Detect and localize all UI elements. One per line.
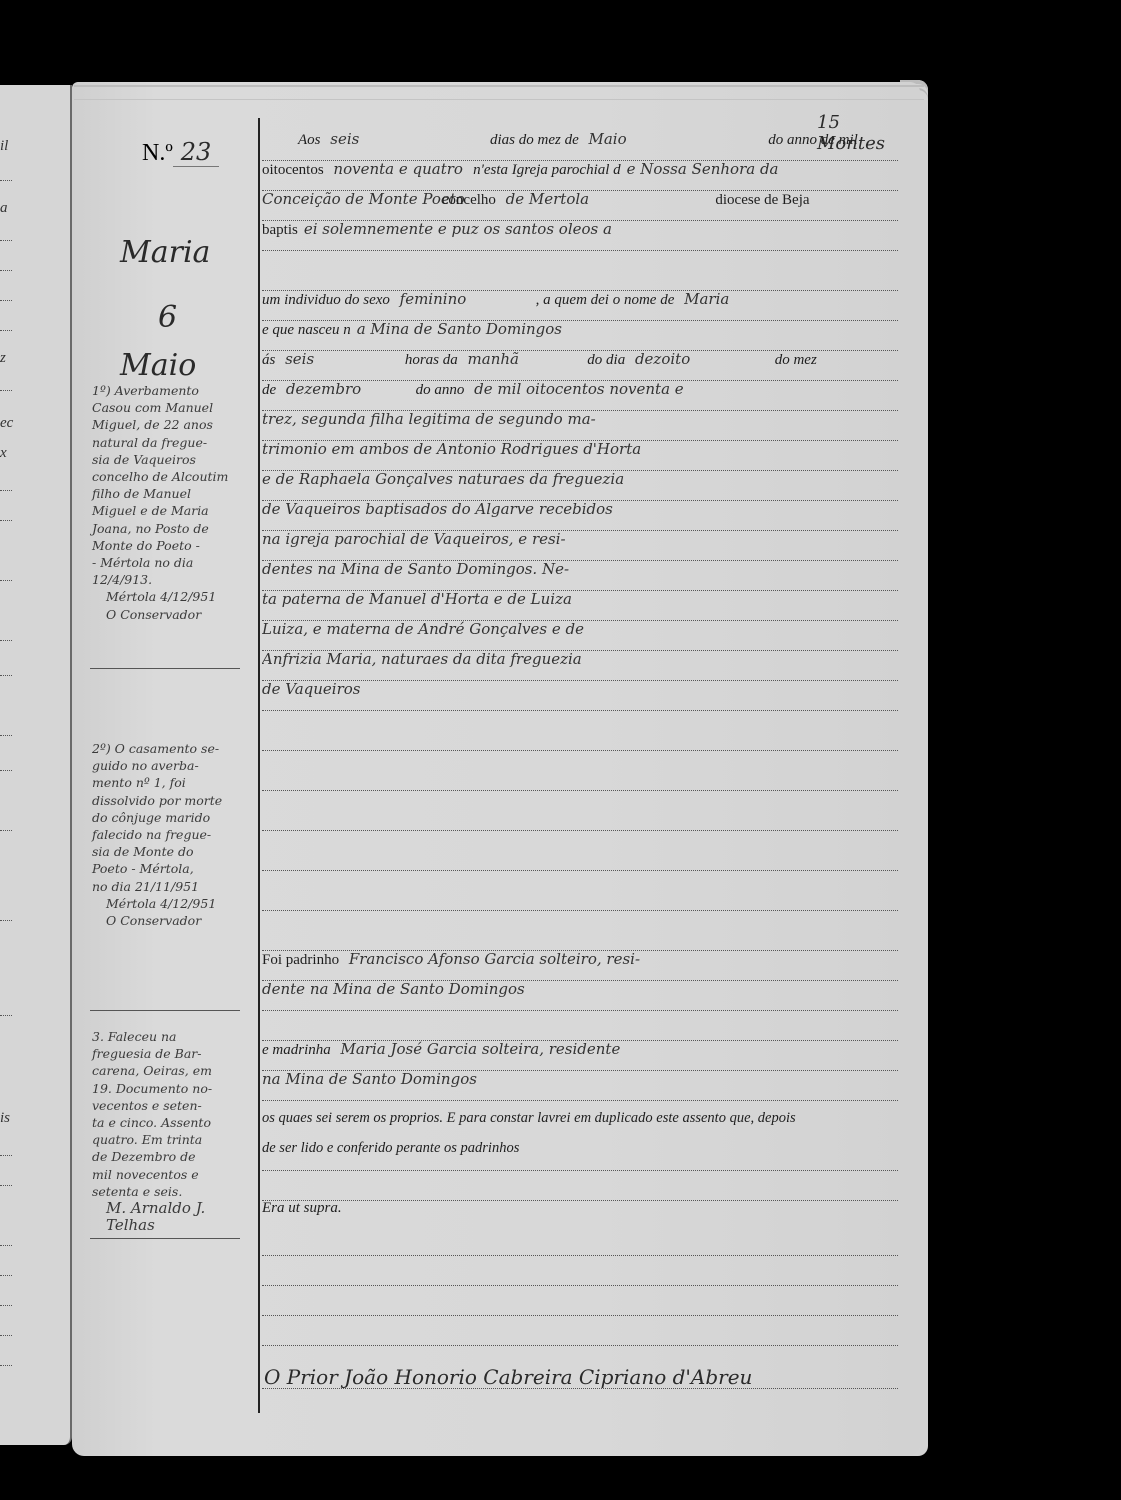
printed-text: concelho <box>442 192 496 208</box>
left-page-rule <box>0 1245 12 1246</box>
printed-text: ás <box>262 352 275 368</box>
left-page-rule <box>0 390 12 391</box>
record-body-line: e de Raphaela Gonçalves naturaes da freg… <box>262 470 898 501</box>
record-body-line: ta paterna de Manuel d'Horta e de Luiza <box>262 590 898 621</box>
annotation-line: quatro. Em trinta <box>92 1131 254 1148</box>
annotation-line: natural da fregue- <box>92 434 254 451</box>
printed-text: horas da <box>405 352 458 368</box>
annotation-line: dissolvido por morte <box>92 792 254 809</box>
margin-month: Maio <box>120 348 196 383</box>
handwritten-godmother-residence: na Mina de Santo Domingos <box>262 1070 483 1088</box>
handwritten-text: de Vaqueiros <box>262 680 366 698</box>
record-blank-line <box>262 720 898 751</box>
handwritten-period: manhã <box>462 350 584 368</box>
annotation-line: freguesia de Bar- <box>92 1045 254 1062</box>
annotation-line: 2º) O casamento se- <box>92 740 254 757</box>
handwritten-birth-year: de mil oitocentos noventa e <box>468 380 690 398</box>
handwritten-municipality: de Mertola <box>500 190 712 208</box>
annotation-line: Miguel e de Maria <box>92 502 254 519</box>
left-page-rule <box>0 1305 12 1306</box>
record-blank-line <box>262 1170 898 1201</box>
handwritten-godfather-residence: dente na Mina de Santo Domingos <box>262 980 531 998</box>
annotation-line: vecentos e seten- <box>92 1097 254 1114</box>
left-page-rule <box>0 240 12 241</box>
left-page-rule <box>0 735 12 736</box>
handwritten-godfather: Francisco Afonso Garcia solteiro, resi- <box>343 950 646 968</box>
record-blank-line <box>262 1010 898 1041</box>
annotation-signature: O Conservador <box>92 606 254 623</box>
handwritten-birth-month: dezembro <box>280 380 412 398</box>
left-page-rule <box>0 580 12 581</box>
margin-day: 6 <box>158 300 177 335</box>
left-page-rule <box>0 830 12 831</box>
handwritten-birth-day: dezoito <box>629 350 771 368</box>
handwritten-birthplace: a Mina de Santo Domingos <box>351 320 568 338</box>
printed-text: um individuo do sexo <box>262 292 390 308</box>
handwritten-parish: Conceição de Monte Poeto <box>262 190 438 208</box>
record-closing-2: de ser lido e conferido perante os padri… <box>262 1140 898 1171</box>
record-blank-line <box>262 840 898 871</box>
left-facing-page: il a z ec x is <box>0 85 72 1445</box>
left-page-fragment: il <box>0 138 8 155</box>
annotation-line: guido no averba- <box>92 757 254 774</box>
handwritten-text: trimonio em ambos de Antonio Rodrigues d… <box>262 440 647 458</box>
handwritten-church: e Nossa Senhora da <box>621 160 785 178</box>
handwritten-text: ei solemnemente e puz os santos oleos a <box>298 220 618 238</box>
record-line-birth-month-year: de dezembro do anno de mil oitocentos no… <box>262 380 898 411</box>
handwritten-hour: seis <box>279 350 401 368</box>
annotation-line: sia de Monte do <box>92 843 254 860</box>
annotation-signature: O Conservador <box>92 912 254 929</box>
annotation-divider <box>90 1238 240 1239</box>
handwritten-sex: feminino <box>394 290 536 308</box>
left-page-rule <box>0 270 12 271</box>
printed-text: dias do mez de <box>490 132 579 148</box>
record-body-line: de Vaqueiros <box>262 680 898 711</box>
record-era: Era ut supra. <box>262 1200 898 1230</box>
printed-text: oitocentos <box>262 162 324 178</box>
record-line-godmother-cont: na Mina de Santo Domingos <box>262 1070 898 1101</box>
record-line-parish: Conceição de Monte Poeto concelho de Mer… <box>262 190 898 221</box>
record-line-godfather-cont: dente na Mina de Santo Domingos <box>262 980 898 1011</box>
left-page-fragment: a <box>0 200 8 217</box>
left-page-rule <box>0 1185 12 1186</box>
handwritten-text: dentes na Mina de Santo Domingos. Ne- <box>262 560 575 578</box>
printed-text: baptis <box>262 222 298 238</box>
record-line-baptism: baptisei solemnemente e puz os santos ol… <box>262 220 898 251</box>
left-page-rule <box>0 1275 12 1276</box>
record-blank-line <box>262 880 898 911</box>
annotation-1-marriage: 1º) Averbamento Casou com Manuel Miguel,… <box>92 382 254 623</box>
record-closing-1: os quaes sei serem os proprios. E para c… <box>262 1110 898 1140</box>
record-body-line: trez, segunda filha legitima de segundo … <box>262 410 898 441</box>
signature-line <box>262 1345 898 1346</box>
left-page-rule <box>0 920 12 921</box>
left-page-rule <box>0 520 12 521</box>
handwritten-day: seis <box>324 130 486 148</box>
annotation-signature: M. Arnaldo J. Telhas <box>92 1200 254 1234</box>
annotation-line: Joana, no Posto de <box>92 520 254 537</box>
annotation-line: 19. Documento no- <box>92 1080 254 1097</box>
printed-text: do mez <box>775 352 817 368</box>
record-body-line: trimonio em ambos de Antonio Rodrigues d… <box>262 440 898 471</box>
annotation-line: Monte do Poeto - <box>92 537 254 554</box>
annotation-line: no dia 21/11/951 <box>92 878 254 895</box>
printed-text: e madrinha <box>262 1042 331 1058</box>
printed-text: n'esta Igreja parochial d <box>473 162 621 178</box>
left-page-rule <box>0 1365 12 1366</box>
annotation-line: concelho de Alcoutim <box>92 468 254 485</box>
printed-text: Foi padrinho <box>262 952 339 968</box>
handwritten-godmother: Maria José Garcia solteira, residente <box>335 1040 627 1058</box>
annotation-line: 12/4/913. <box>92 571 254 588</box>
handwritten-text: na igreja parochial de Vaqueiros, e resi… <box>262 530 572 548</box>
record-line-year-church: oitocentos noventa e quatro n'esta Igrej… <box>262 160 898 191</box>
printed-text: do anno de mil <box>768 132 858 148</box>
left-page-fragment: z <box>0 350 6 367</box>
margin-name: Maria <box>120 235 210 270</box>
entry-number-label: N.º <box>142 140 173 166</box>
printed-text: , a quem dei o nome de <box>536 292 675 308</box>
record-line-blank <box>262 260 898 291</box>
left-page-rule <box>0 180 12 181</box>
annotation-line: mil novecentos e <box>92 1166 254 1183</box>
printed-text: Era ut supra. <box>262 1200 342 1216</box>
left-page-rule <box>0 640 12 641</box>
left-page-rule <box>0 1015 12 1016</box>
left-page-rule <box>0 300 12 301</box>
record-line-godfather: Foi padrinho Francisco Afonso Garcia sol… <box>262 950 898 981</box>
record-line-godmother: e madrinha Maria José Garcia solteira, r… <box>262 1040 898 1071</box>
left-page-rule <box>0 490 12 491</box>
handwritten-text: Luiza, e materna de André Gonçalves e de <box>262 620 590 638</box>
left-page-fragment: ec <box>0 415 13 432</box>
record-line-sex-name: um individuo do sexo feminino, a quem de… <box>262 290 898 321</box>
printed-text: Aos <box>262 132 321 148</box>
margin-divider <box>258 118 260 1413</box>
handwritten-text: ta paterna de Manuel d'Horta e de Luiza <box>262 590 578 608</box>
annotation-line: 3. Faleceu na <box>92 1028 254 1045</box>
left-page-fragment: x <box>0 445 7 462</box>
left-page-rule <box>0 675 12 676</box>
printed-text: os quaes sei serem os proprios. E para c… <box>262 1110 796 1126</box>
entry-number: N.º23 <box>142 138 219 167</box>
printed-text: de ser lido e conferido perante os padri… <box>262 1140 519 1156</box>
annotation-line: do cônjuge marido <box>92 809 254 826</box>
record-body-line: Luiza, e materna de André Gonçalves e de <box>262 620 898 651</box>
record-body-line: dentes na Mina de Santo Domingos. Ne- <box>262 560 898 591</box>
record-blank-line <box>262 920 898 951</box>
annotation-2-dissolution: 2º) O casamento se- guido no averba- men… <box>92 740 254 929</box>
annotation-line: mento nº 1, foi <box>92 774 254 791</box>
handwritten-year: noventa e quatro <box>327 160 469 178</box>
handwritten-month: Maio <box>583 130 765 148</box>
left-page-fragment: is <box>0 1110 10 1127</box>
printed-text: do dia <box>587 352 625 368</box>
annotation-divider <box>90 1010 240 1011</box>
record-line-date: Aos seis dias do mez de Maio do anno de … <box>262 130 898 161</box>
printed-text: e que nasceu n <box>262 322 351 338</box>
annotation-divider <box>90 668 240 669</box>
record-body-line: Anfrizia Maria, naturaes da dita freguez… <box>262 650 898 681</box>
annotation-line: filho de Manuel <box>92 485 254 502</box>
annotation-line: Poeto - Mértola, <box>92 860 254 877</box>
left-page-rule <box>0 330 12 331</box>
annotation-line: Casou com Manuel <box>92 399 254 416</box>
record-line-birthplace: e que nasceu na Mina de Santo Domingos <box>262 320 898 351</box>
record-blank-line <box>262 760 898 791</box>
handwritten-text: de Vaqueiros baptisados do Algarve receb… <box>262 500 619 518</box>
left-page-rule <box>0 1335 12 1336</box>
handwritten-name: Maria <box>678 290 735 308</box>
record-line-birth-time: ás seis horas da manhã do dia dezoito do… <box>262 350 898 381</box>
annotation-line: 1º) Averbamento <box>92 382 254 399</box>
entry-number-value: 23 <box>173 138 220 167</box>
priest-signature: O Prior João Honorio Cabreira Cipriano d… <box>264 1365 752 1389</box>
annotation-3-death: 3. Faleceu na freguesia de Bar- carena, … <box>92 1028 254 1234</box>
annotation-line: - Mértola no dia <box>92 554 254 571</box>
annotation-place-date: Mértola 4/12/951 <box>92 588 254 605</box>
annotation-line: de Dezembro de <box>92 1148 254 1165</box>
annotation-line: carena, Oeiras, em <box>92 1062 254 1079</box>
annotation-line: sia de Vaqueiros <box>92 451 254 468</box>
signature-line <box>262 1285 898 1286</box>
annotation-line: setenta e seis. <box>92 1183 254 1200</box>
printed-text: do anno <box>416 382 465 398</box>
annotation-place-date: Mértola 4/12/951 <box>92 895 254 912</box>
handwritten-text: e de Raphaela Gonçalves naturaes da freg… <box>262 470 630 488</box>
printed-text: de <box>262 382 276 398</box>
printed-text: diocese de Beja <box>715 192 809 208</box>
annotation-line: falecido na fregue- <box>92 826 254 843</box>
annotation-line: Miguel, de 22 anos <box>92 416 254 433</box>
record-body-line: de Vaqueiros baptisados do Algarve receb… <box>262 500 898 531</box>
record-blank-line <box>262 800 898 831</box>
handwritten-text: trez, segunda filha legitima de segundo … <box>262 410 602 428</box>
page-top-edges <box>74 85 924 100</box>
left-page-rule <box>0 1155 12 1156</box>
annotation-line: ta e cinco. Assento <box>92 1114 254 1131</box>
signature-line <box>262 1315 898 1316</box>
signature-line <box>262 1255 898 1256</box>
left-page-rule <box>0 770 12 771</box>
record-body-line: na igreja parochial de Vaqueiros, e resi… <box>262 530 898 561</box>
handwritten-text: Anfrizia Maria, naturaes da dita freguez… <box>262 650 588 668</box>
